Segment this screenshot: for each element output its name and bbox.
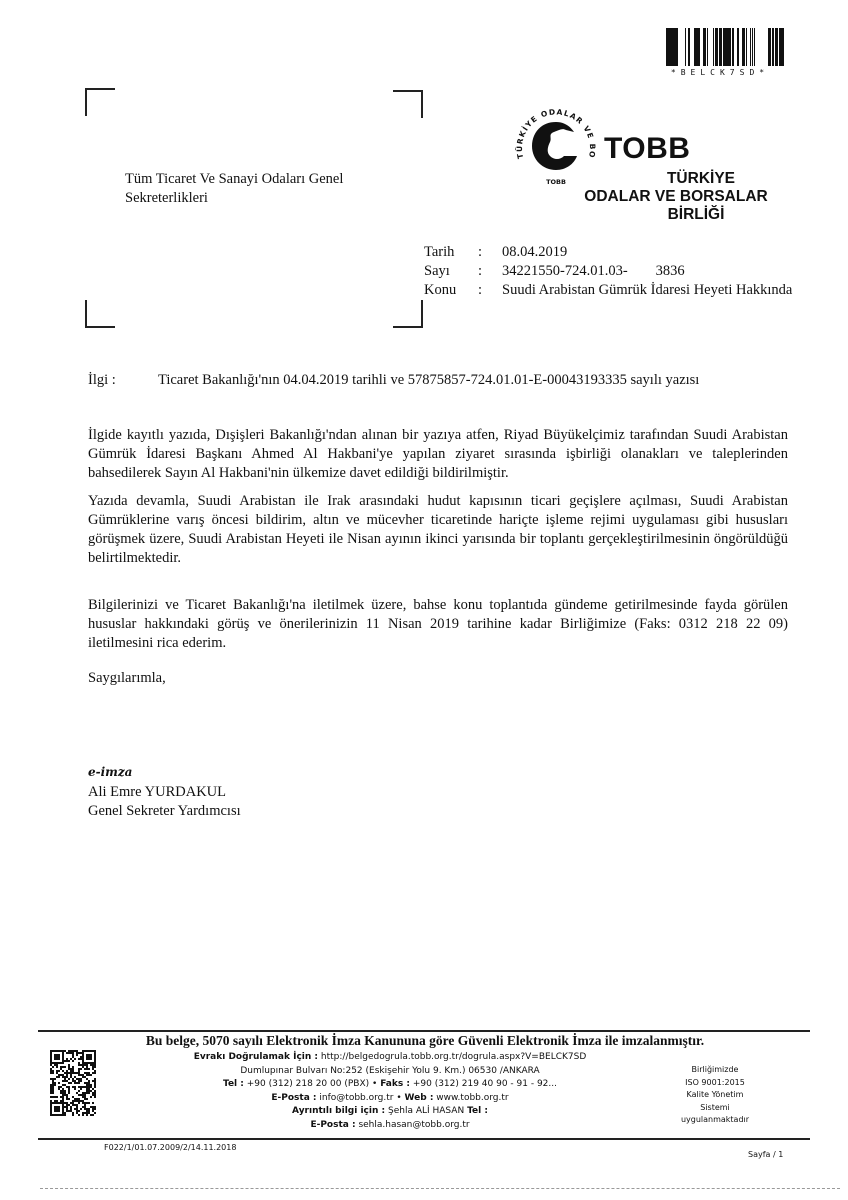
logo-org-name: TÜRKİYE ODALAR VE BORSALAR BİRLİĞİ — [556, 170, 796, 224]
signer-name: Ali Emre YURDAKUL — [88, 783, 241, 802]
signer-title: Genel Sekreter Yardımcısı — [88, 802, 241, 821]
verify-label: Evrakı Doğrulamak İçin : — [194, 1052, 318, 1062]
footer-contact-email-line: E-Posta : sehla.hasan@tobb.org.tr — [150, 1119, 630, 1133]
iso-line-4: Sistemi — [660, 1102, 770, 1115]
email[interactable]: info@tobb.org.tr — [319, 1093, 393, 1103]
number-label: Sayı — [424, 262, 478, 281]
signer: Ali Emre YURDAKUL Genel Sekreter Yardımc… — [88, 783, 241, 821]
number-suffix: 3836 — [656, 263, 685, 279]
logo-name-line-1: TÜRKİYE — [556, 170, 796, 188]
address-corner-bottom-left — [85, 300, 115, 328]
fax: +90 (312) 219 40 90 - 91 - 92... — [413, 1079, 557, 1089]
document-meta: Tarih : 08.04.2019 Sayı : 34221550-724.0… — [424, 243, 808, 300]
subject-value: Suudi Arabistan Gümrük İdaresi Heyeti Ha… — [502, 281, 808, 300]
page-number: Sayfa / 1 — [748, 1150, 783, 1159]
subject-separator: : — [478, 281, 502, 300]
contact-tel-label: Tel : — [467, 1106, 488, 1116]
scan-artifact-line — [40, 1188, 840, 1189]
body-paragraph-1: İlgide kayıtlı yazıda, Dışişleri Bakanlı… — [88, 426, 788, 483]
fax-label: Faks : — [380, 1079, 410, 1089]
phone: +90 (312) 218 20 00 (PBX) — [247, 1079, 369, 1089]
date-value: 08.04.2019 — [502, 243, 808, 262]
iso-line-3: Kalite Yönetim — [660, 1089, 770, 1102]
meta-number-row: Sayı : 34221550-724.01.03-3836 — [424, 262, 808, 281]
recipient-line-2: Sekreterlikleri — [125, 189, 343, 208]
email-label: E-Posta : — [271, 1093, 316, 1103]
reference-value: Ticaret Bakanlığı'nın 04.04.2019 tarihli… — [158, 371, 718, 390]
iso-line-2: ISO 9001:2015 — [660, 1077, 770, 1090]
footer-address: Dumlupınar Bulvarı No:252 (Eskişehir Yol… — [150, 1065, 630, 1079]
footer-divider-top — [38, 1030, 810, 1032]
contact-name: Şehla ALİ HASAN — [388, 1106, 464, 1116]
footer-verify-line: Evrakı Doğrulamak İçin : http://belgedog… — [150, 1051, 630, 1065]
iso-line-5: uygulanmaktadır — [660, 1114, 770, 1127]
verify-url[interactable]: http://belgedogrula.tobb.org.tr/dogrula.… — [321, 1052, 586, 1062]
number-separator: : — [478, 262, 502, 281]
footer-contact: Evrakı Doğrulamak İçin : http://belgedog… — [150, 1051, 630, 1132]
web-label: Web : — [405, 1093, 434, 1103]
reference-label: İlgi : — [88, 371, 158, 390]
body-paragraph-2: Yazıda devamla, Suudi Arabistan ile Irak… — [88, 492, 788, 568]
address-corner-top-right — [393, 90, 423, 118]
reference: İlgi : Ticaret Bakanlığı'nın 04.04.2019 … — [88, 371, 718, 390]
subject-label: Konu — [424, 281, 478, 300]
recipient-address: Tüm Ticaret Ve Sanayi Odaları Genel Sekr… — [125, 170, 343, 208]
date-separator: : — [478, 243, 502, 262]
footer-email-line: E-Posta : info@tobb.org.tr • Web : www.t… — [150, 1092, 630, 1106]
contact-email-label: E-Posta : — [310, 1120, 355, 1130]
esign-label: e-imza — [88, 765, 132, 779]
contact-email[interactable]: sehla.hasan@tobb.org.tr — [358, 1120, 469, 1130]
web[interactable]: www.tobb.org.tr — [436, 1093, 508, 1103]
bullet: • — [372, 1079, 377, 1089]
closing: Saygılarımla, — [88, 670, 166, 687]
footer-divider-bottom — [38, 1138, 810, 1140]
address-corner-top-left — [85, 88, 115, 116]
contact-label: Ayrıntılı bilgi için : — [292, 1106, 385, 1116]
number-value-wrap: 34221550-724.01.03-3836 — [502, 262, 808, 281]
phone-label: Tel : — [223, 1079, 244, 1089]
footer-legal-notice: Bu belge, 5070 sayılı Elektronik İmza Ka… — [40, 1033, 810, 1049]
barcode-text: *BELCK7SD* — [654, 68, 786, 77]
qr-code-icon — [50, 1050, 96, 1116]
address-corner-bottom-right — [393, 300, 423, 328]
logo-acronym: TOBB — [604, 132, 690, 166]
body-paragraph-3: Bilgilerinizi ve Ticaret Bakanlığı'na il… — [88, 596, 788, 653]
iso-notice: Birliğimizde ISO 9001:2015 Kalite Yöneti… — [660, 1064, 770, 1127]
meta-subject-row: Konu : Suudi Arabistan Gümrük İdaresi He… — [424, 281, 808, 300]
logo-name-line-2: ODALAR VE BORSALAR — [556, 188, 796, 206]
footer-phone-line: Tel : +90 (312) 218 20 00 (PBX) • Faks :… — [150, 1078, 630, 1092]
number-value: 34221550-724.01.03- — [502, 263, 628, 279]
recipient-line-1: Tüm Ticaret Ve Sanayi Odaları Genel — [125, 170, 343, 189]
bullet: • — [396, 1093, 401, 1103]
meta-date-row: Tarih : 08.04.2019 — [424, 243, 808, 262]
form-code: F022/1/01.07.2009/2/14.11.2018 — [104, 1143, 236, 1152]
logo-name-line-3: BİRLİĞİ — [556, 206, 796, 224]
barcode-icon — [652, 28, 784, 66]
footer-contact-line: Ayrıntılı bilgi için : Şehla ALİ HASAN T… — [150, 1105, 630, 1119]
iso-line-1: Birliğimizde — [660, 1064, 770, 1077]
date-label: Tarih — [424, 243, 478, 262]
